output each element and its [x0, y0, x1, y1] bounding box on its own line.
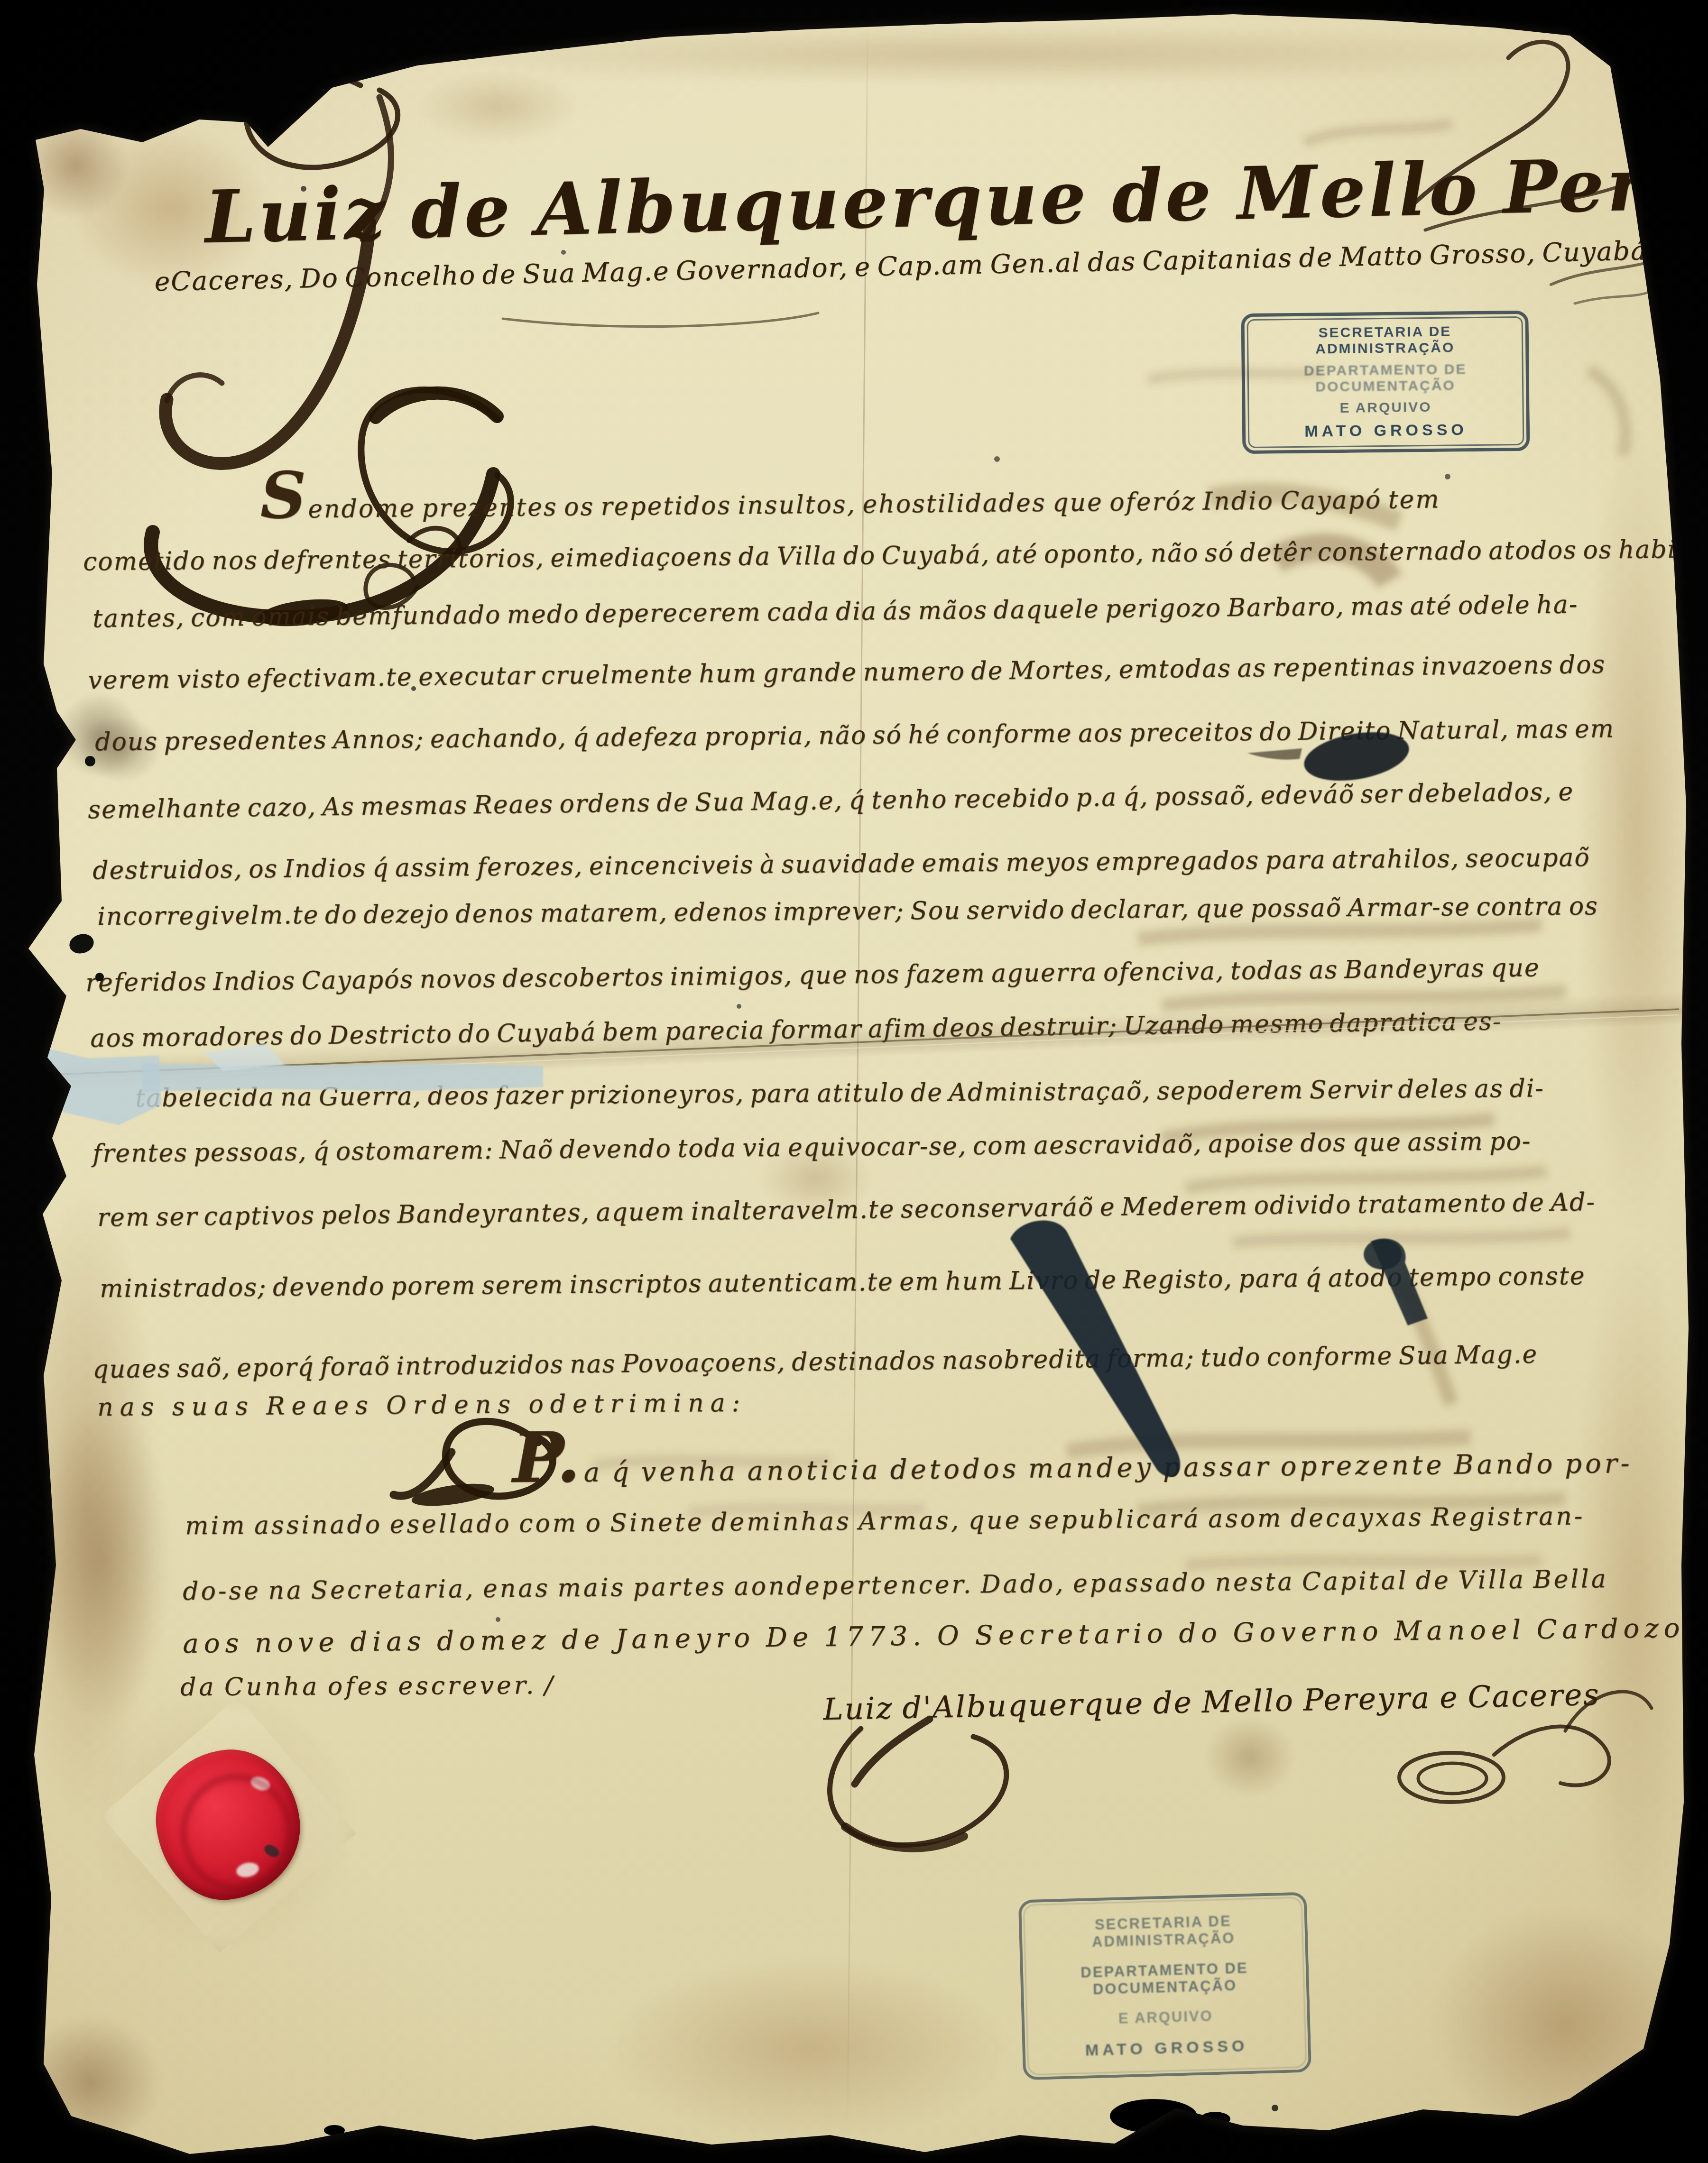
- manuscript-line: semelhante cazo, As mesmas Reaes ordens …: [88, 778, 1574, 824]
- manuscript-line: ministrados; devendo porem serem inscrip…: [100, 1262, 1586, 1303]
- manuscript-line: dous presedentes Annos; eachando, q́ ade…: [95, 715, 1615, 756]
- paper-stain: [1432, 1906, 1698, 2144]
- manuscript-line: aos nove dias domez de Janeyro De 1773. …: [183, 1613, 1685, 1659]
- manuscript-line: mim assinado esellado com o Sinete demin…: [185, 1502, 1585, 1540]
- paper-stain: [1205, 1717, 1295, 1797]
- archive-stamp-top-inner: SECRETARIA DE ADMINISTRAÇÃO DEPARTAMENTO…: [1247, 316, 1524, 448]
- seal-ring-shadow: [180, 1774, 293, 1891]
- paper-stain: [24, 114, 128, 218]
- stamp-line: MATO GROSSO: [1304, 421, 1468, 441]
- paper-hole: [324, 2099, 1230, 2135]
- stamp-line: SECRETARIA DE ADMINISTRAÇÃO: [1248, 323, 1522, 358]
- paper-stain: [427, 24, 1565, 85]
- manuscript-line: incorregivelm.te do dezejo denos matarem…: [97, 892, 1598, 931]
- stamp-line: DEPARTAMENTO DE DOCUMENTAÇÃO: [1249, 361, 1523, 396]
- manuscript-line: Sendome prezentes os repetidos insultos,…: [260, 468, 1440, 524]
- manuscript-line: rem ser captivos pelos Bandeyrantes, aqu…: [97, 1188, 1596, 1232]
- manuscript-line: tabelecida na Guerra, deos fazer prizion…: [135, 1074, 1544, 1113]
- paper-stain: [33, 1399, 171, 1721]
- stamp-line: E ARQUIVO: [1339, 399, 1432, 416]
- manuscript-line: referidos Indios Cayapós novos descobert…: [85, 954, 1540, 997]
- stamp-line: SECRETARIA DE ADMINISTRAÇÃO: [1025, 1911, 1302, 1952]
- manuscript-line: do-se na Secretaria, enas mais partes ao…: [183, 1565, 1608, 1606]
- paper-wrap: Luiz de Albuquerque de Mello Pereira, eC…: [0, 0, 1708, 2163]
- archive-stamp-bottom-inner: SECRETARIA DE ADMINISTRAÇÃO DEPARTAMENTO…: [1023, 1897, 1307, 2075]
- manuscript-line: frentes pessoas, q́ ostomarem: Naõ deven…: [92, 1127, 1532, 1168]
- paper-stain: [19, 2016, 161, 2148]
- manuscript-line: da Cunha ofes escrever. /: [180, 1671, 556, 1702]
- paper-stain: [607, 1959, 1010, 2139]
- stamp-line: MATO GROSSO: [1085, 2037, 1248, 2060]
- manuscript-paper: Luiz de Albuquerque de Mello Pereira, eC…: [0, 0, 1708, 2163]
- archive-stamp-top: SECRETARIA DE ADMINISTRAÇÃO DEPARTAMENTO…: [1241, 311, 1530, 454]
- paper-stain: [417, 71, 579, 142]
- manuscript-line: nas suas Reaes Ordens odetrimina:: [97, 1389, 747, 1422]
- photo-of-manuscript: Luiz de Albuquerque de Mello Pereira, eC…: [0, 0, 1708, 2163]
- manuscript-line: destruidos, os Indios q́ assim ferozes, …: [92, 843, 1590, 885]
- manuscript-line: P.a q́ venha anoticia detodos mandey pas…: [512, 1429, 1633, 1489]
- manuscript-line: tantes, com omais bemfundado medo depere…: [92, 590, 1579, 633]
- archive-stamp-bottom: SECRETARIA DE ADMINISTRAÇÃO DEPARTAMENTO…: [1018, 1892, 1311, 2080]
- manuscript-line: verem visto efectivam.te executar cruelm…: [88, 650, 1606, 695]
- governor-signature: Luiz d'Albuquerque de Mello Pereyra e Ca…: [823, 1677, 1600, 1727]
- manuscript-line: quaes saõ, eporq́ foraõ introduzidos nas…: [92, 1340, 1538, 1384]
- manuscript-line: cometido nos defrentes territorios, eime…: [83, 535, 1686, 576]
- stamp-line: DEPARTAMENTO DE DOCUMENTAÇÃO: [1026, 1958, 1304, 2000]
- stamp-line: E ARQUIVO: [1118, 2007, 1213, 2027]
